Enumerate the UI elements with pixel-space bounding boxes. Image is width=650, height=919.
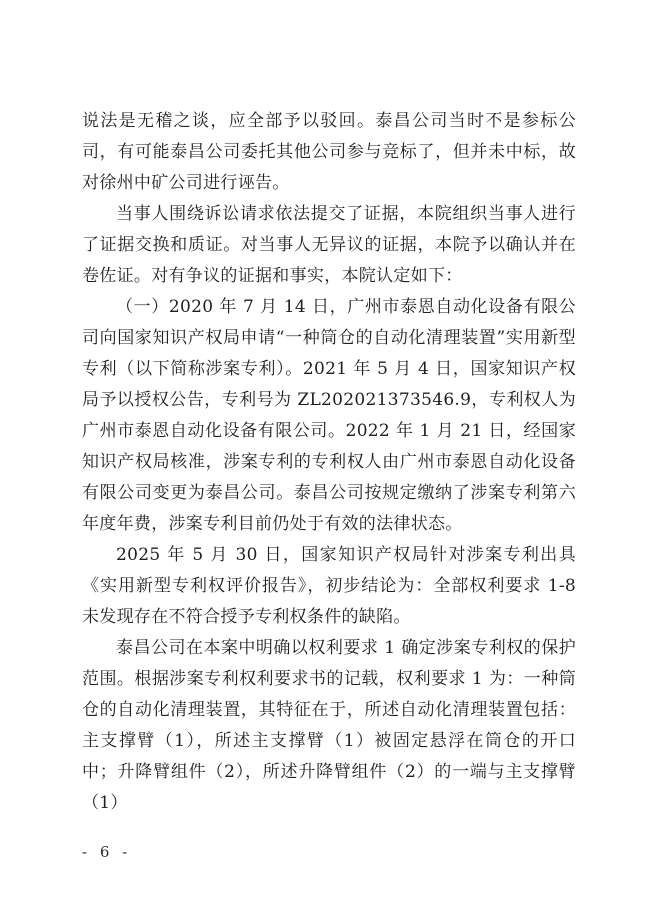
paragraph-evaluation-report: 2025 年 5 月 30 日，国家知识产权局针对涉案专利出具《实用新型专利权评…	[82, 540, 576, 633]
paragraph-evidence-statement: 当事人围绕诉讼请求依法提交了证据，本院组织当事人进行了证据交换和质证。对当事人无…	[82, 199, 576, 292]
paragraph-continuation: 说法是无稽之谈，应全部予以驳回。泰昌公司当时不是参标公司，有可能泰昌公司委托其他…	[82, 106, 576, 199]
paragraph-patent-history: （一）2020 年 7 月 14 日，广州市泰恩自动化设备有限公司向国家知识产权…	[82, 292, 576, 540]
page-number: - 6 -	[82, 843, 131, 861]
paragraph-claim-scope: 泰昌公司在本案中明确以权利要求 1 确定涉案专利权的保护范围。根据涉案专利权利要…	[82, 633, 576, 819]
document-page: 说法是无稽之谈，应全部予以驳回。泰昌公司当时不是参标公司，有可能泰昌公司委托其他…	[0, 0, 650, 919]
document-body: 说法是无稽之谈，应全部予以驳回。泰昌公司当时不是参标公司，有可能泰昌公司委托其他…	[82, 106, 576, 819]
